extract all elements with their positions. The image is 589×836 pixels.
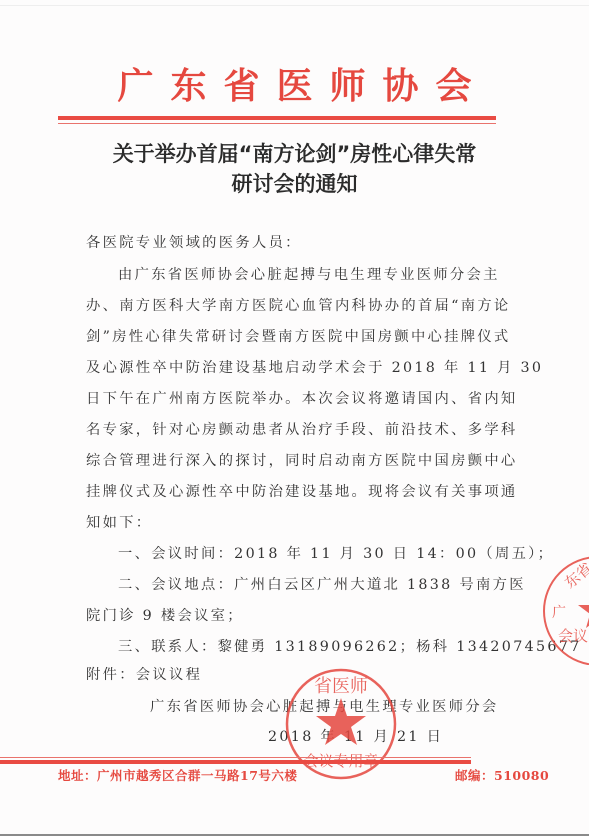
- paragraph-line: 名专家，针对心房颤动患者从治疗手段、前沿技术、多学科: [86, 419, 518, 439]
- paragraph-line: 办、南方医科大学南方医院心血管内科协办的首届“南方论: [86, 295, 511, 315]
- paragraph-line: 由广东省医师协会心脏起搏与电生理专业医师分会主: [118, 264, 500, 284]
- footer-postcode: 邮编：510080: [455, 766, 549, 784]
- scan-edge: [0, 5, 589, 6]
- paragraph-line: 综合管理进行深入的探讨，同时启动南方医院中国房颤中心: [86, 450, 518, 470]
- paragraph-line: 剑”房性心律失常研讨会暨南方医院中国房颤中心挂牌仪式: [86, 326, 511, 346]
- item-contacts: 三、联系人：黎健勇 13189096262；杨科 13420745677: [118, 636, 582, 656]
- notice-title-line2: 研讨会的通知: [0, 171, 589, 197]
- official-seal: 省医师 会议专用章: [283, 666, 399, 782]
- footer-rule-thin: [0, 757, 471, 758]
- item-meeting-location: 二、会议地点：广州白云区广州大道北 1838 号南方医: [118, 574, 526, 594]
- item-meeting-time: 一、会议时间：2018 年 11 月 30 日 14：00（周五）；: [118, 543, 554, 563]
- item-meeting-location-cont: 院门诊 9 楼会议室；: [86, 605, 244, 625]
- document-page: 广东省医师协会 关于举办首届“南方论剑”房性心律失常 研讨会的通知 各医院专业领…: [0, 0, 589, 836]
- notice-title-line1: 关于举办首届“南方论剑”房性心律失常: [0, 141, 589, 167]
- paragraph-line: 及心源性卒中防治建设基地启动学术会于 2018 年 11 月 30: [86, 357, 543, 377]
- svg-text:广: 广: [552, 605, 566, 621]
- letterhead-rule-thin: [58, 123, 496, 124]
- salutation: 各医院专业领域的医务人员：: [86, 232, 302, 252]
- attachment: 附件：会议议程: [86, 664, 202, 684]
- edge-seal: 东省 广 会议: [540, 553, 589, 665]
- footer-rule-thick: [0, 760, 471, 764]
- paragraph-line: 日下午在广州南方医院举办。本次会议将邀请国内、省内知: [86, 388, 518, 408]
- footer-address: 地址：广州市越秀区合群一马路17号六楼: [58, 766, 297, 784]
- letterhead-title: 广东省医师协会: [0, 66, 589, 106]
- svg-text:东省: 东省: [561, 559, 589, 592]
- paragraph-line: 知如下：: [86, 512, 152, 532]
- seal-top-text: 省医师: [314, 676, 368, 697]
- svg-text:会议: 会议: [558, 627, 588, 645]
- letterhead-rule-thick: [58, 116, 496, 120]
- paragraph-line: 挂牌仪式及心源性卒中防治建设基地。现将会议有关事项通: [86, 481, 518, 501]
